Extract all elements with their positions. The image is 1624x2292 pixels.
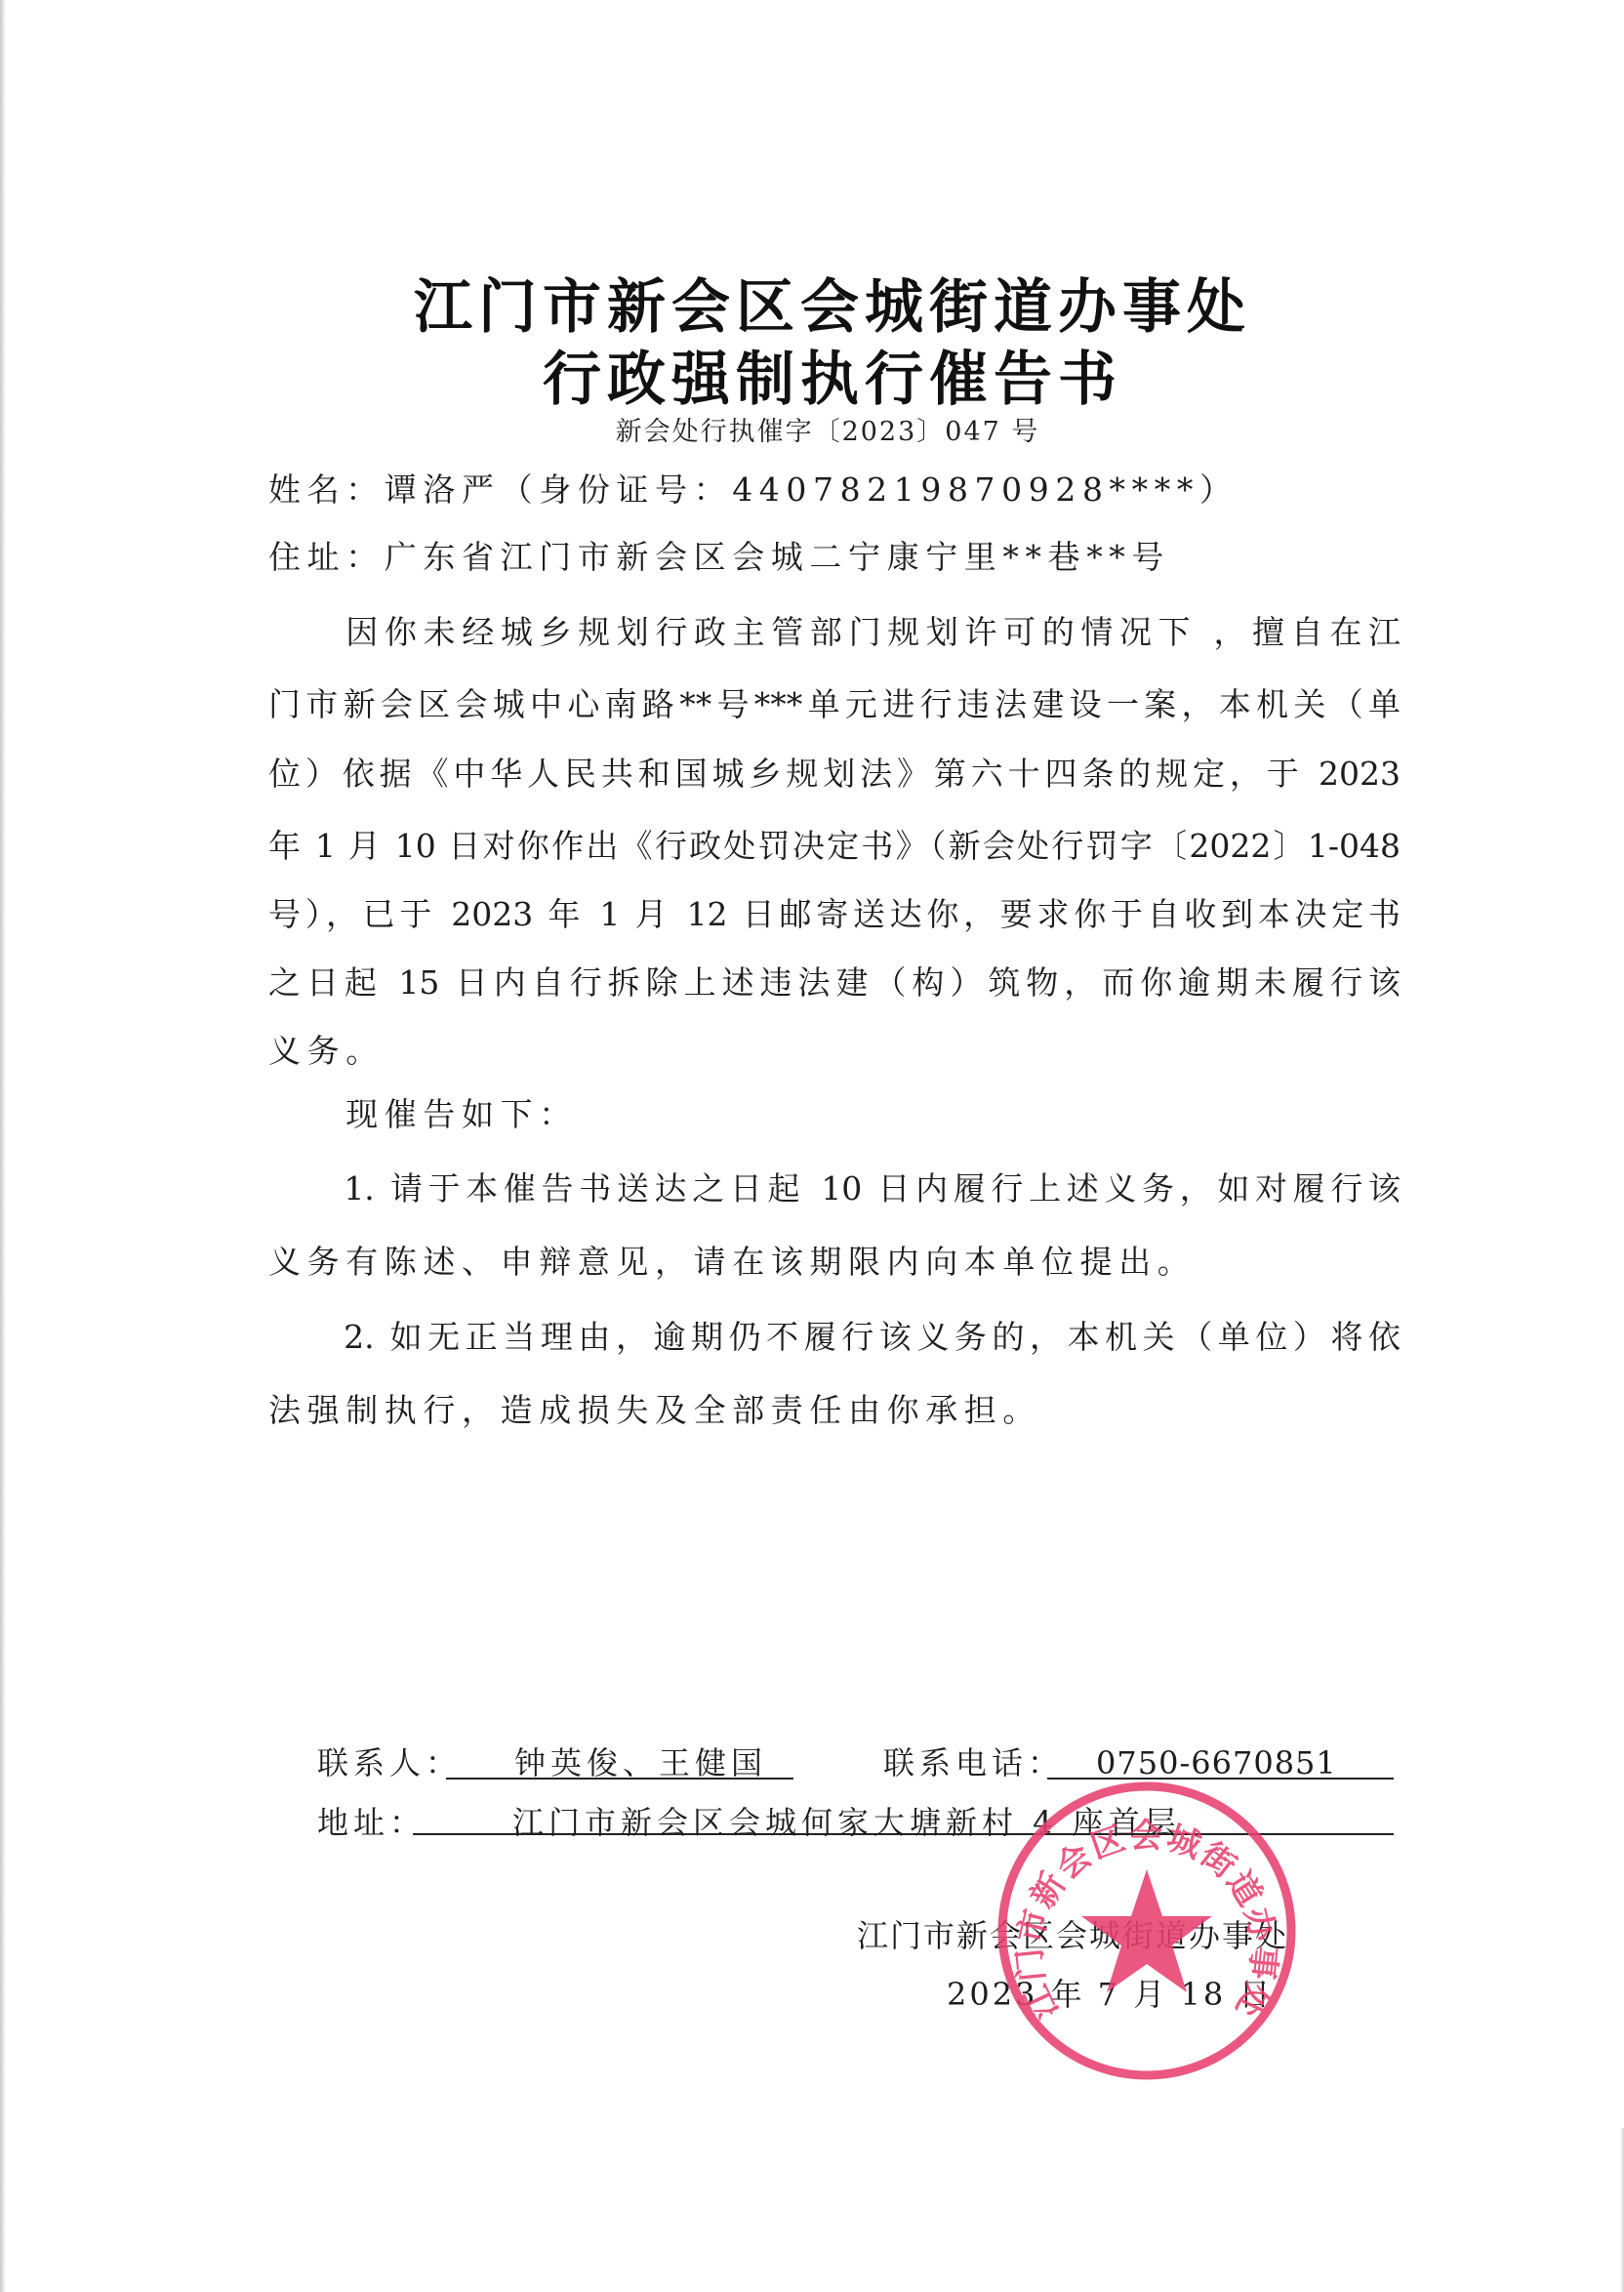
recipient-name-line: 姓名：谭洛严（身份证号：44078219870928****） — [268, 471, 1238, 510]
document-number: 新会处行执催字〔2023〕047 号 — [0, 416, 1624, 449]
notice-item-2-line: 法强制执行，造成损失及全部责任由你承担。 — [268, 1391, 1041, 1430]
paragraph-line: 位）依据《中华人民共和国城乡规划法》第六十四条的规定，于 2023 — [268, 755, 1401, 794]
title-issuer: 江门市新会区会城街道办事处 — [0, 275, 1624, 340]
paragraph-line: 门市新会区会城中心南路**号***单元进行违法建设一案，本机关（单 — [268, 685, 1401, 724]
paragraph-line: 义务。 — [268, 1032, 385, 1071]
paragraph-line: 号），已于 2023 年 1 月 12 日邮寄送达你，要求你于自收到本决定书 — [268, 895, 1401, 934]
contact-address-label: 地址： — [317, 1803, 426, 1842]
paragraph-line: 年 1 月 10 日对你作出《行政处罚决定书》（新会处行罚字〔2022〕1-04… — [268, 827, 1401, 866]
star-icon — [1081, 1869, 1212, 1992]
recipient-address-line: 住址：广东省江门市新会区会城二宁康宁里**巷**号 — [268, 538, 1170, 577]
contact-person-label: 联系人： — [317, 1743, 462, 1782]
notice-item-1-line: 1. 请于本催告书送达之日起 10 日内履行上述义务，如对履行该 — [268, 1169, 1401, 1208]
paragraph-line: 因你未经城乡规划行政主管部门规划许可的情况下 ，擅自在江 — [268, 613, 1401, 652]
official-seal-stamp: 江门市新会区会城街道办事处 — [995, 1780, 1298, 2082]
title-document-type: 行政强制执行催告书 — [0, 348, 1624, 412]
notice-item-2-line: 2. 如无正当理由，逾期仍不履行该义务的，本机关（单位）将依 — [268, 1318, 1401, 1357]
contact-phone-value: 0750-6670851 — [1096, 1743, 1337, 1782]
scan-edge-right — [1620, 2128, 1624, 2292]
contact-person-value: 钟英俊、王健国 — [514, 1743, 767, 1782]
notice-item-1-line: 义务有陈述、申辩意见，请在该期限内向本单位提出。 — [268, 1243, 1196, 1282]
paragraph-line: 之日起 15 日内自行拆除上述违法建（构）筑物，而你逾期未履行该 — [268, 963, 1401, 1003]
contact-phone-label: 联系电话： — [883, 1743, 1064, 1782]
scan-edge-left — [0, 0, 5, 2292]
notice-heading: 现催告如下： — [268, 1095, 578, 1134]
